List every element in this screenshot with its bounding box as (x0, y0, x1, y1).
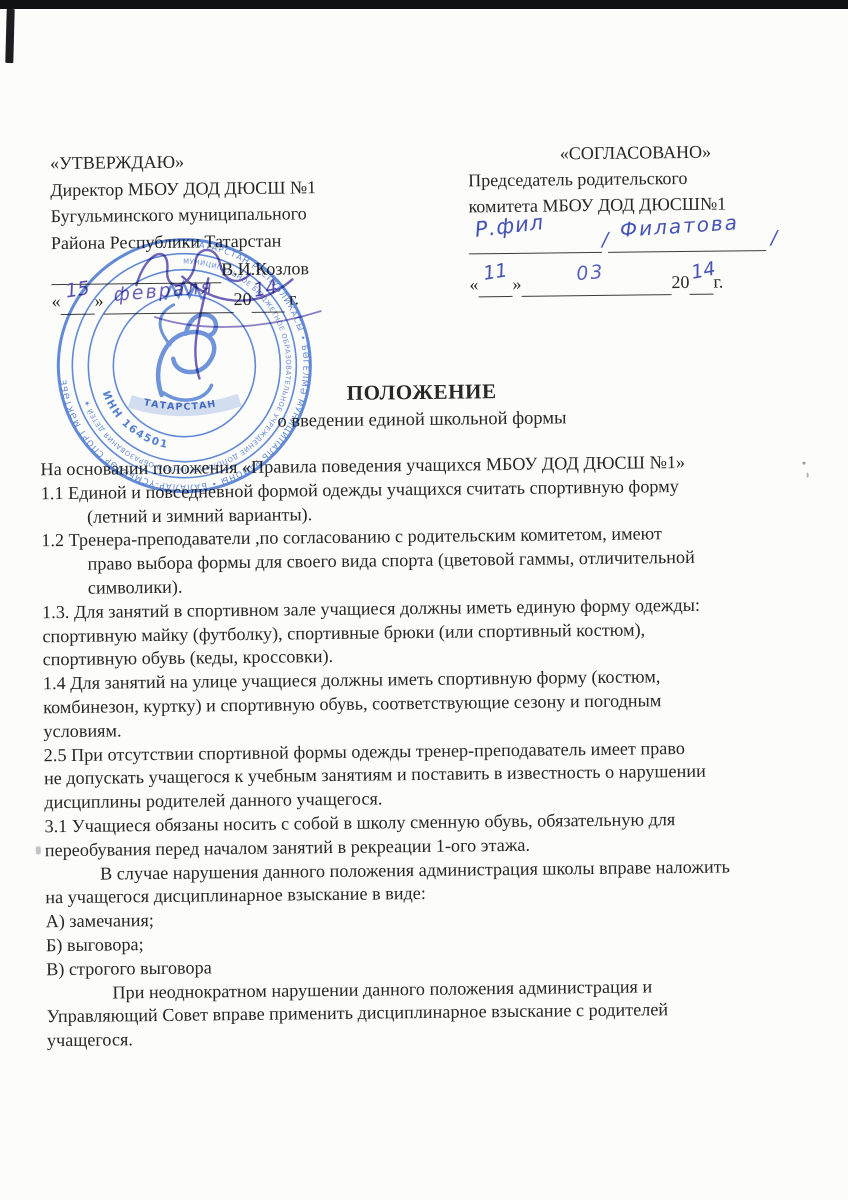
agree-signature-row: Р.фил/Филатова / (469, 225, 804, 256)
body-text: На основании положения «Правила поведени… (40, 450, 837, 1054)
approve-heading: «УТВЕРЖДАЮ» (50, 146, 390, 176)
approve-line-1: Директор МБОУ ДОД ДЮСШ №1 (50, 173, 390, 203)
agree-heading: «СОГЛАСОВАНО» (468, 138, 803, 168)
agree-line-1: Председатель родительского (468, 164, 803, 194)
agree-month-handwriting: 03 (575, 259, 605, 287)
agree-year-printed: 20 (671, 272, 689, 292)
approve-line-2: Бугульминского муниципального (50, 199, 390, 229)
scanned-document-page: «УТВЕРЖДАЮ» Директор МБОУ ДОД ДЮСШ №1 Бу… (0, 0, 848, 1200)
agree-date-row: «11»032014г. (469, 268, 804, 300)
document-content: «УТВЕРЖДАЮ» Директор МБОУ ДОД ДЮСШ №1 Бу… (0, 0, 848, 1200)
agree-date-suffix: г. (713, 272, 723, 292)
scan-speck (36, 846, 41, 854)
agree-day-line: 11 (478, 276, 512, 297)
agree-month-line: 03 (521, 274, 671, 297)
quote-close: » (512, 274, 521, 294)
surname-slash-close: / (771, 227, 778, 249)
quote-open: « (469, 274, 478, 294)
agree-line-2: комитета МБОУ ДОД ДЮСШ№1 (468, 190, 803, 220)
agree-year-line: 14 (689, 274, 713, 295)
agree-signature-line: Р.фил (469, 232, 602, 255)
director-signature-ink (124, 237, 351, 410)
agree-day-handwriting: 11 (481, 257, 509, 286)
agree-surname-line: Филатова (608, 230, 766, 253)
agree-block: «СОГЛАСОВАНО» Председатель родительского… (468, 138, 805, 300)
